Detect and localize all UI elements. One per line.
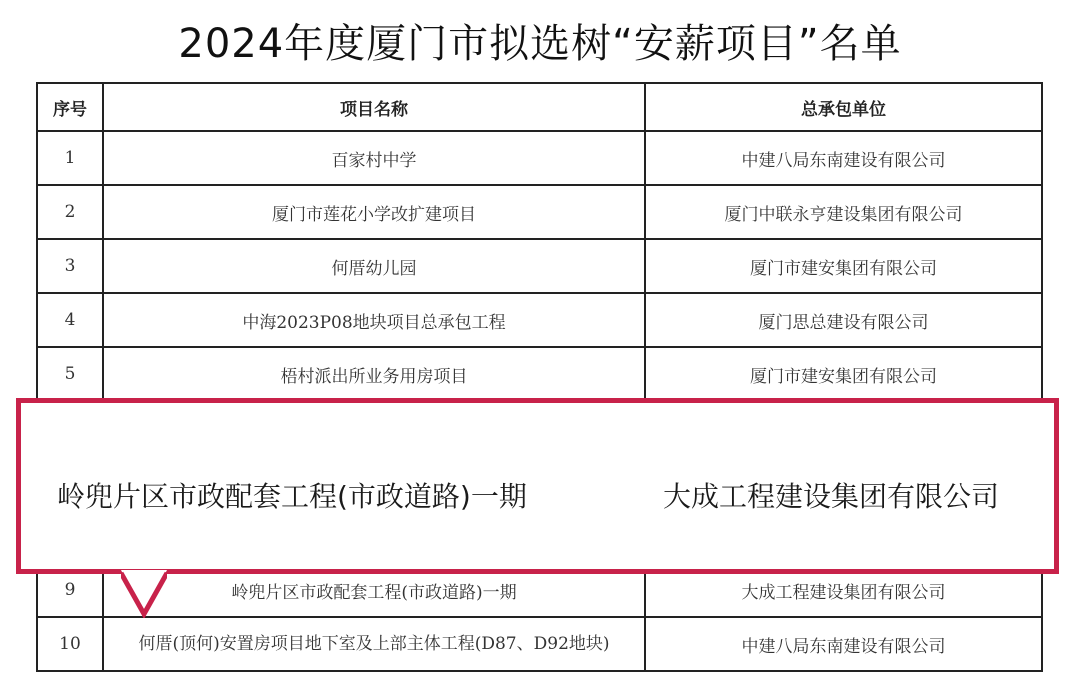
callout-contractor: 大成工程建设集团有限公司 (663, 475, 999, 515)
row-number: 4 (37, 293, 103, 347)
row-number: 3 (37, 239, 103, 293)
row-project: 百家村中学 (103, 131, 645, 185)
row-contractor: 厦门思总建设有限公司 (645, 293, 1042, 347)
row-project: 厦门市莲花小学改扩建项目 (103, 185, 645, 239)
header-contractor: 总承包单位 (645, 83, 1042, 131)
row-project: 梧村派出所业务用房项目 (103, 347, 645, 401)
row-number: 2 (37, 185, 103, 239)
table-row: 4 中海2023P08地块项目总承包工程 厦门思总建设有限公司 (37, 293, 1042, 347)
row-contractor: 厦门中联永亨建设集团有限公司 (645, 185, 1042, 239)
callout-pointer-icon (121, 570, 167, 618)
header-number: 序号 (37, 83, 103, 131)
project-table: 序号 项目名称 总承包单位 1 百家村中学 中建八局东南建设有限公司 2 厦门市… (36, 82, 1043, 672)
table-header-row: 序号 项目名称 总承包单位 (37, 83, 1042, 131)
document-title: 2024年度厦门市拟选树“安薪项目”名单 (0, 14, 1080, 74)
table-row: 1 百家村中学 中建八局东南建设有限公司 (37, 131, 1042, 185)
table-row: 10 何厝(顶何)安置房项目地下室及上部主体工程(D87、D92地块) 中建八局… (37, 617, 1042, 671)
header-project-name: 项目名称 (103, 83, 645, 131)
row-contractor: 中建八局东南建设有限公司 (645, 131, 1042, 185)
table-row: 5 梧村派出所业务用房项目 厦门市建安集团有限公司 (37, 347, 1042, 401)
row-number: 5 (37, 347, 103, 401)
row-number: 10 (37, 617, 103, 671)
row-contractor: 厦门市建安集团有限公司 (645, 347, 1042, 401)
row-contractor: 厦门市建安集团有限公司 (645, 239, 1042, 293)
row-number: 1 (37, 131, 103, 185)
row-contractor: 中建八局东南建设有限公司 (645, 617, 1042, 671)
row-project: 中海2023P08地块项目总承包工程 (103, 293, 645, 347)
zoom-callout: 岭兜片区市政配套工程(市政道路)一期 大成工程建设集团有限公司 (16, 398, 1059, 574)
row-project: 何厝(顶何)安置房项目地下室及上部主体工程(D87、D92地块) (103, 617, 645, 671)
table-row: 2 厦门市莲花小学改扩建项目 厦门中联永亨建设集团有限公司 (37, 185, 1042, 239)
row-project: 何厝幼儿园 (103, 239, 645, 293)
table-row: 3 何厝幼儿园 厦门市建安集团有限公司 (37, 239, 1042, 293)
callout-project: 岭兜片区市政配套工程(市政道路)一期 (57, 475, 527, 515)
